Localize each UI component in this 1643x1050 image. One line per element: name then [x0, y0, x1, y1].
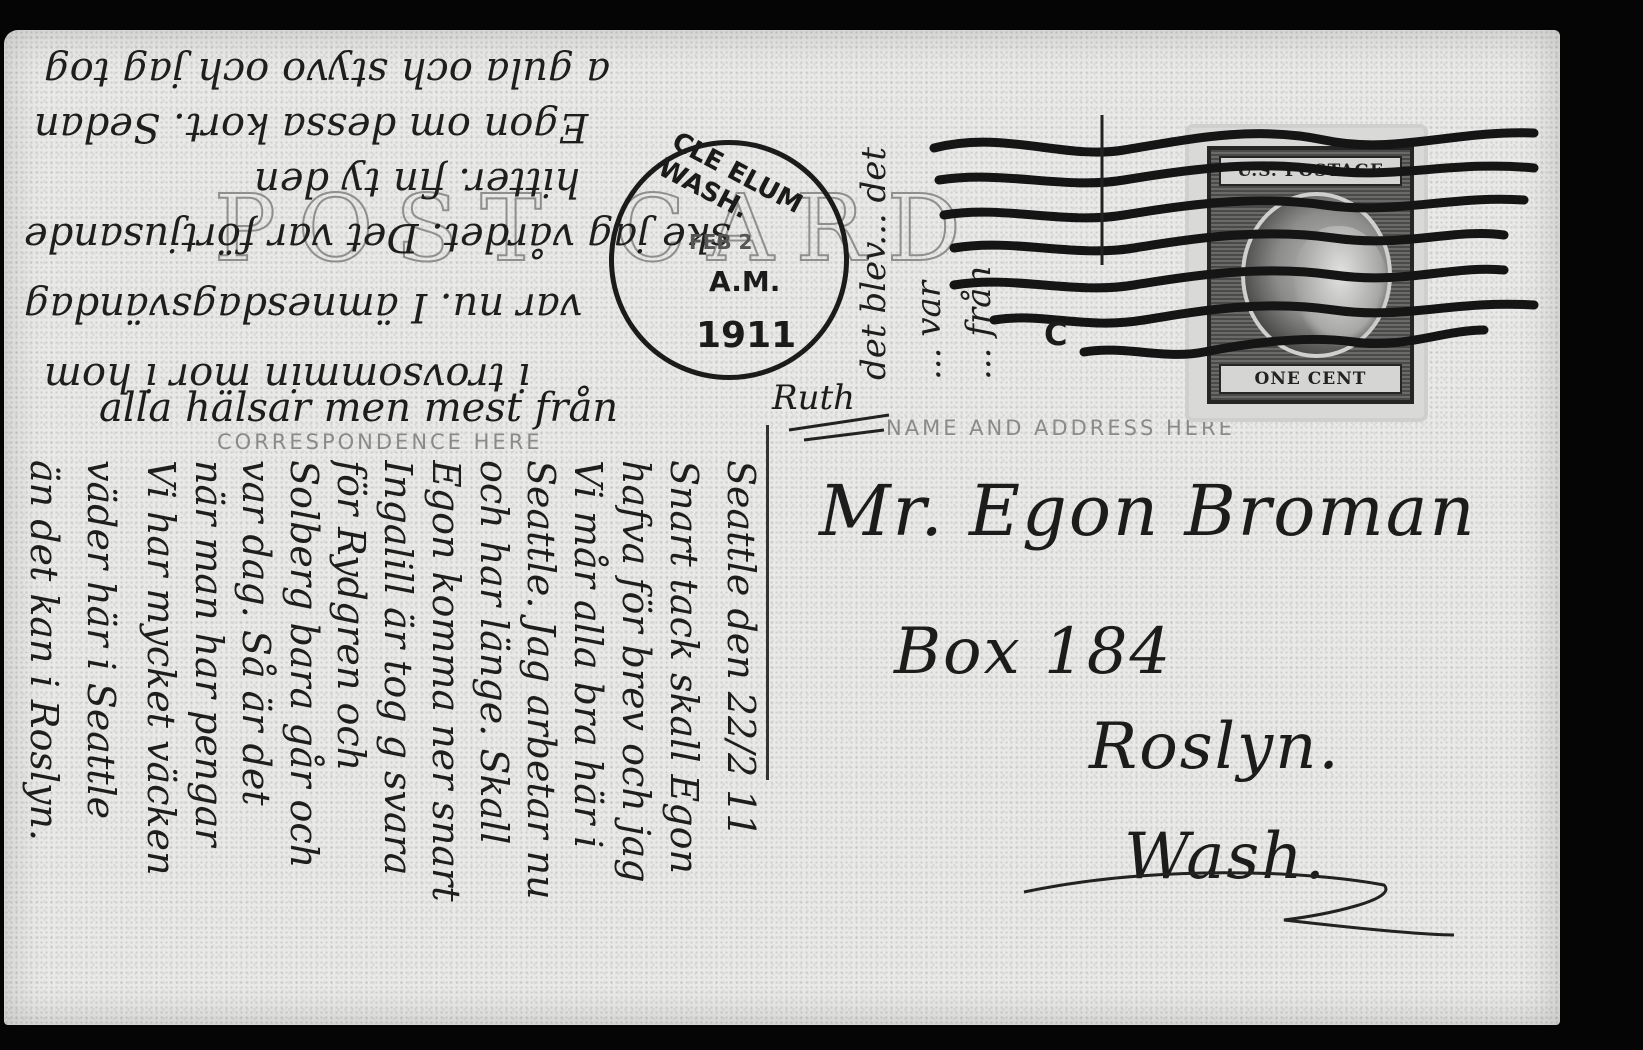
address-flourish [4, 30, 1560, 1025]
postcard-back: POST CARD a gula och styvo och jag tog E… [4, 30, 1560, 1025]
